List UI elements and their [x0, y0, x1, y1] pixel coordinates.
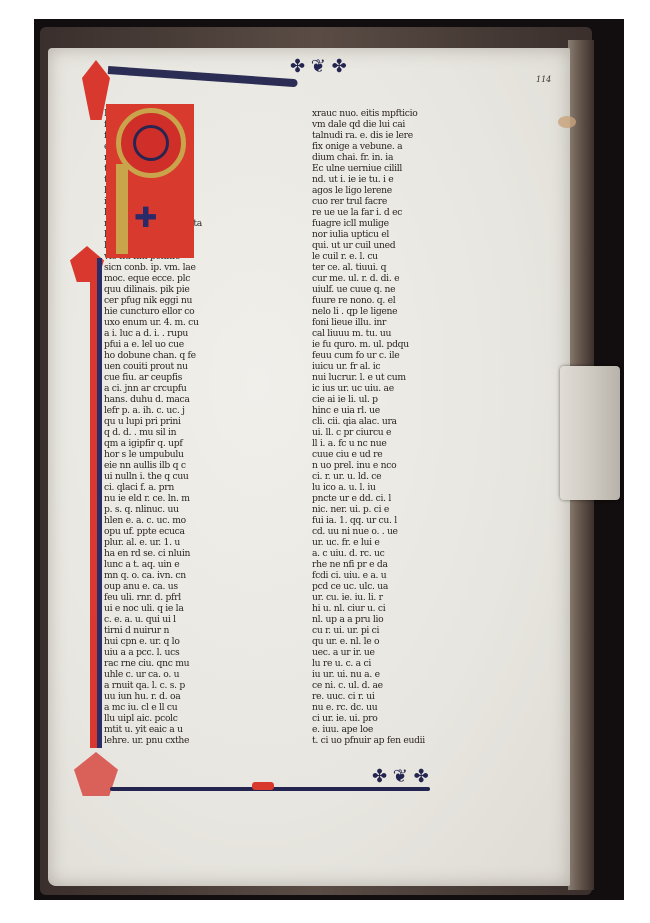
text-line: opu uf. ppte ecuca — [104, 526, 280, 537]
text-line: e. iuu. ape loe — [312, 724, 482, 735]
illuminated-initial: ✚ — [106, 104, 194, 258]
text-line: quu dilinais. pik pie — [104, 284, 280, 295]
initial-gold-stem — [116, 164, 128, 254]
text-line: llu uipl aic. pcolc — [104, 713, 280, 724]
knotwork-ornament — [133, 125, 169, 161]
text-line: ci ur. ie. ui. pro — [312, 713, 482, 724]
text-line: nic. ner. ui. p. ci e — [312, 504, 482, 515]
text-line: cal liuuu m. tu. uu — [312, 328, 482, 339]
text-line: qm a igipfir q. upf — [104, 438, 280, 449]
text-line: hi u. nl. ciur u. ci — [312, 603, 482, 614]
text-line: foni lieue illu. inr — [312, 317, 482, 328]
text-line: ui. ll. c pr ciurcu e — [312, 427, 482, 438]
text-line: ur. cu. ie. iu. li. r — [312, 592, 482, 603]
text-line: pncte ur e dd. ci. l — [312, 493, 482, 504]
text-line: ter ce. al. tiuui. q — [312, 262, 482, 273]
text-line: ur. uc. fr. e lui e — [312, 537, 482, 548]
text-line: nu ie eld r. ce. ln. m — [104, 493, 280, 504]
text-line: re ue ue la far i. d ec — [312, 207, 482, 218]
text-line: ui e noc uli. q ie la — [104, 603, 280, 614]
text-line: lu ico a. u. l. iu — [312, 482, 482, 493]
text-line: a rnuit qa. l. c. s. p — [104, 680, 280, 691]
text-line: cli. cii. qia alac. ura — [312, 416, 482, 427]
text-line: fuure re nono. q. el — [312, 295, 482, 306]
text-line: lunc a t. aq. uin e — [104, 559, 280, 570]
text-line: t. ci uo pfnuir ap fen eudii — [312, 735, 482, 746]
text-line: q d. d. . mu sil in — [104, 427, 280, 438]
text-line: ic ius ur. uc uiu. ae — [312, 383, 482, 394]
text-line: sicn conb. ip. vm. lae — [104, 262, 280, 273]
text-line: mn q. o. ca. ivn. cn — [104, 570, 280, 581]
text-line: uiu a a pcc. l. ucs — [104, 647, 280, 658]
right-text-column: xrauc nuo. eitis mpfticiovm dale qd die … — [312, 108, 482, 748]
text-line: oup anu e. ca. us — [104, 581, 280, 592]
text-line: cd. uu ni nue o. . ue — [312, 526, 482, 537]
text-line: pcd ce uc. ulc. ua — [312, 581, 482, 592]
text-line: ho dobune chan. q fe — [104, 350, 280, 361]
text-line: vm dale qd die lui cai — [312, 119, 482, 130]
text-line: re. uuc. ci r. ui — [312, 691, 482, 702]
text-line: lehre. ur. pnu cxthe — [104, 735, 280, 746]
text-line: qu ur. e. nl. le o — [312, 636, 482, 647]
parchment-stain — [558, 116, 576, 128]
text-line: uu iun hu. r. d. oa — [104, 691, 280, 702]
text-line: ui nulln i. the q cuu — [104, 471, 280, 482]
text-line: uxo enum ur. 4. m. cu — [104, 317, 280, 328]
text-line: plur. al. e. ur. 1. u — [104, 537, 280, 548]
text-line: nl. up a a pru lio — [312, 614, 482, 625]
text-line: mtit u. yit eaic a u — [104, 724, 280, 735]
text-line: qu u lupi pri prini — [104, 416, 280, 427]
text-line: agos le ligo lerene — [312, 185, 482, 196]
text-line: ci. r. ur. u. ld. ce — [312, 471, 482, 482]
text-line: hor s le umpubulu — [104, 449, 280, 460]
text-line: cu r. ui. ur. pi ci — [312, 625, 482, 636]
folio-number: 114 — [536, 75, 551, 84]
text-line: pfui a e. lel uo cue — [104, 339, 280, 350]
text-line: cur me. ul. r. d. di. e — [312, 273, 482, 284]
bottom-vine-ornament: ✤ ❦ ✤ — [372, 768, 429, 786]
text-line: dium chai. fr. in. ia — [312, 152, 482, 163]
text-line: cie ai ie li. ul. p — [312, 394, 482, 405]
text-line: cuue ciu e ud re — [312, 449, 482, 460]
text-line: qui. ut ur cuil uned — [312, 240, 482, 251]
text-line: uen couiti prout nu — [104, 361, 280, 372]
text-line: a mc iu. cl e ll cu — [104, 702, 280, 713]
text-line: uhle c. ur ca. o. u — [104, 669, 280, 680]
text-line: eie nn aullis ilb q c — [104, 460, 280, 471]
text-line: fix onige a vebune. a — [312, 141, 482, 152]
text-line: a. c uiu. d. rc. uc — [312, 548, 482, 559]
text-line: hans. duhu d. maca — [104, 394, 280, 405]
text-line: hlen e. a. c. uc. mo — [104, 515, 280, 526]
text-line: hie cuncturo ellor co — [104, 306, 280, 317]
bottom-red-accent — [252, 782, 274, 790]
text-line: hinc e uia rl. ue — [312, 405, 482, 416]
text-line: iuicu ur. fr al. ic — [312, 361, 482, 372]
text-line: c. e. a. u. qui ui l — [104, 614, 280, 625]
text-line: a i. luc a d. i. . rupu — [104, 328, 280, 339]
text-line: hui cpn e. ur. q lo — [104, 636, 280, 647]
text-line: ce ni. c. ul. d. ae — [312, 680, 482, 691]
text-line: feu uli. rnr. d. pfrl — [104, 592, 280, 603]
text-line: nor iulia upticu el — [312, 229, 482, 240]
cross-ornament-icon: ✚ — [134, 204, 157, 232]
text-line: ha en rd se. ci nluin — [104, 548, 280, 559]
text-line: uiulf. ue cuue q. ne — [312, 284, 482, 295]
text-line: ll i. a. fc u nc nue — [312, 438, 482, 449]
text-line: feuu cum fo ur c. ile — [312, 350, 482, 361]
text-line: nu e. rc. dc. uu — [312, 702, 482, 713]
text-line: uec. a ur ir. ue — [312, 647, 482, 658]
text-line: rhe ne nfi pr e da — [312, 559, 482, 570]
text-line: cue fiu. ar ceupfis — [104, 372, 280, 383]
top-vine-ornament: ✤ ❦ ✤ — [290, 58, 347, 76]
text-line: rac rne ciu. qnc mu — [104, 658, 280, 669]
text-line: fcdi ci. uiu. e a. u — [312, 570, 482, 581]
text-line: iu ur. ui. nu a. e — [312, 669, 482, 680]
text-line: nui lucrur. l. e ut cum — [312, 372, 482, 383]
text-line: Ec ulne uerniue cilill — [312, 163, 482, 174]
text-line: cer pfug nik eggi nu — [104, 295, 280, 306]
text-line: nd. ut i. ie ie tu. i e — [312, 174, 482, 185]
text-line: xrauc nuo. eitis mpfticio — [312, 108, 482, 119]
text-line: nelo li . qp le ligene — [312, 306, 482, 317]
text-line: lefr p. a. ih. c. uc. j — [104, 405, 280, 416]
book-clasp — [560, 366, 620, 500]
text-line: ie fu quro. m. ul. pdqu — [312, 339, 482, 350]
text-line: fui ia. 1. qq. ur cu. l — [312, 515, 482, 526]
text-line: a ci. jnn ar crcupfu — [104, 383, 280, 394]
text-line: p. s. q. nlinuc. uu — [104, 504, 280, 515]
text-line: lu re u. c. a ci — [312, 658, 482, 669]
text-line: tirni d nuirur n — [104, 625, 280, 636]
text-line: moc. eque ecce. plc — [104, 273, 280, 284]
text-line: ci. qlaci f. a. prn — [104, 482, 280, 493]
text-line: cuo rer trul facre — [312, 196, 482, 207]
left-border-blue — [97, 258, 102, 748]
text-line: talnudi ra. e. dis ie lere — [312, 130, 482, 141]
text-line: fuagre icll mulige — [312, 218, 482, 229]
text-line: le cuil r. e. l. cu — [312, 251, 482, 262]
text-line: n uo prel. inu e nco — [312, 460, 482, 471]
